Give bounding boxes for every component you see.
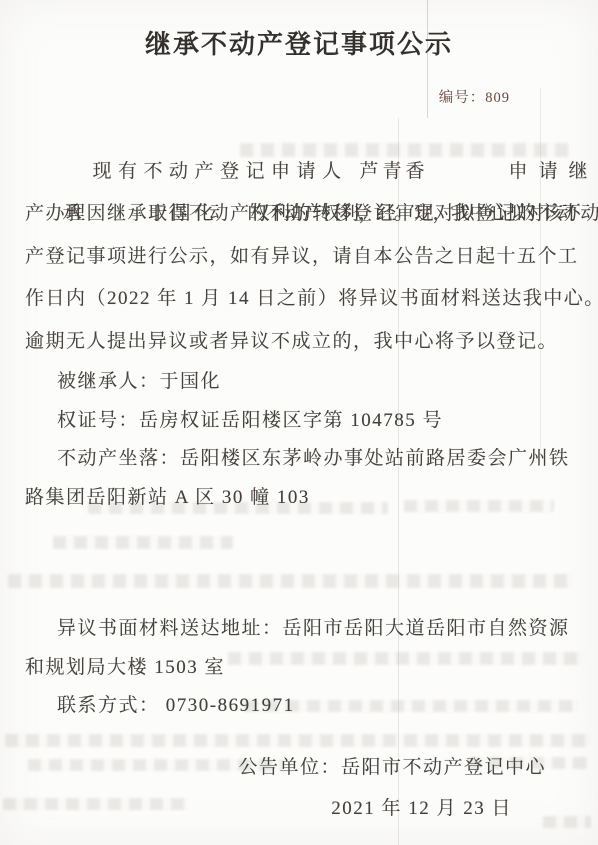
paragraph-line-6: 逾期无人提出异议或者异议不成立的，我中心将予以登记。 bbox=[0, 321, 598, 364]
paragraph-line-5: 作日内（2022 年 1 月 14 日之前）将异议书面材料送达我中心。 bbox=[0, 278, 598, 321]
scan-crease-line bbox=[427, 0, 428, 118]
scanned-notice-page: 继承不动产登记事项公示 编号：809 现有不动产登记申请人芦青香申请继 承于国化… bbox=[0, 0, 598, 845]
issuing-authority: 公告单位：岳阳市不动产登记中心 bbox=[0, 748, 598, 788]
bleed-through-smudge bbox=[53, 536, 233, 549]
paragraph-line-4: 产登记事项进行公示，如有异议，请自本公告之日起十五个工 bbox=[0, 236, 598, 279]
property-location-line-2: 路集团岳阳新站 A 区 30 幢 103 bbox=[0, 479, 598, 518]
notice-paragraph: 现有不动产登记申请人芦青香申请继 承于国化的不动产权利，经审定，我中心拟对该不动… bbox=[0, 108, 598, 363]
objection-address-line-1: 异议书面材料送达地址：岳阳市岳阳大道岳阳市自然资源 bbox=[0, 610, 598, 649]
paragraph-line-1: 现有不动产登记申请人芦青香申请继 bbox=[0, 108, 598, 151]
certificate-number-field: 权证号：岳房权证岳阳楼区字第 104785 号 bbox=[0, 402, 598, 441]
paragraph-line-3: 产办理因继承取得不动产权利的转移登记。现对拟登记的不动 bbox=[0, 193, 598, 236]
registration-details: 被继承人：于国化 权证号：岳房权证岳阳楼区字第 104785 号 不动产坐落：岳… bbox=[0, 363, 598, 517]
blank-gap bbox=[0, 517, 598, 610]
decedent-field: 被继承人：于国化 bbox=[0, 363, 598, 402]
contact-phone-field: 联系方式： 0730-8691971 bbox=[0, 687, 598, 726]
objection-contact-info: 异议书面材料送达地址：岳阳市岳阳大道岳阳市自然资源 和规划局大楼 1503 室 … bbox=[0, 610, 598, 726]
doc-number: 编号：809 bbox=[0, 88, 598, 108]
bleed-through-smudge bbox=[8, 574, 573, 588]
notice-footer: 公告单位：岳阳市不动产登记中心 2021 年 12 月 23 日 bbox=[0, 748, 598, 829]
objection-address-line-2: 和规划局大楼 1503 室 bbox=[0, 649, 598, 688]
property-location-line-1: 不动产坐落：岳阳楼区东茅岭办事处站前路居委会广州铁 bbox=[0, 440, 598, 479]
issue-date: 2021 年 12 月 23 日 bbox=[0, 788, 598, 829]
page-title: 继承不动产登记事项公示 bbox=[0, 28, 598, 62]
bleed-through-smudge bbox=[5, 734, 590, 747]
paragraph-line-2: 承于国化的不动产权利，经审定，我中心拟对该不动 bbox=[0, 151, 598, 194]
